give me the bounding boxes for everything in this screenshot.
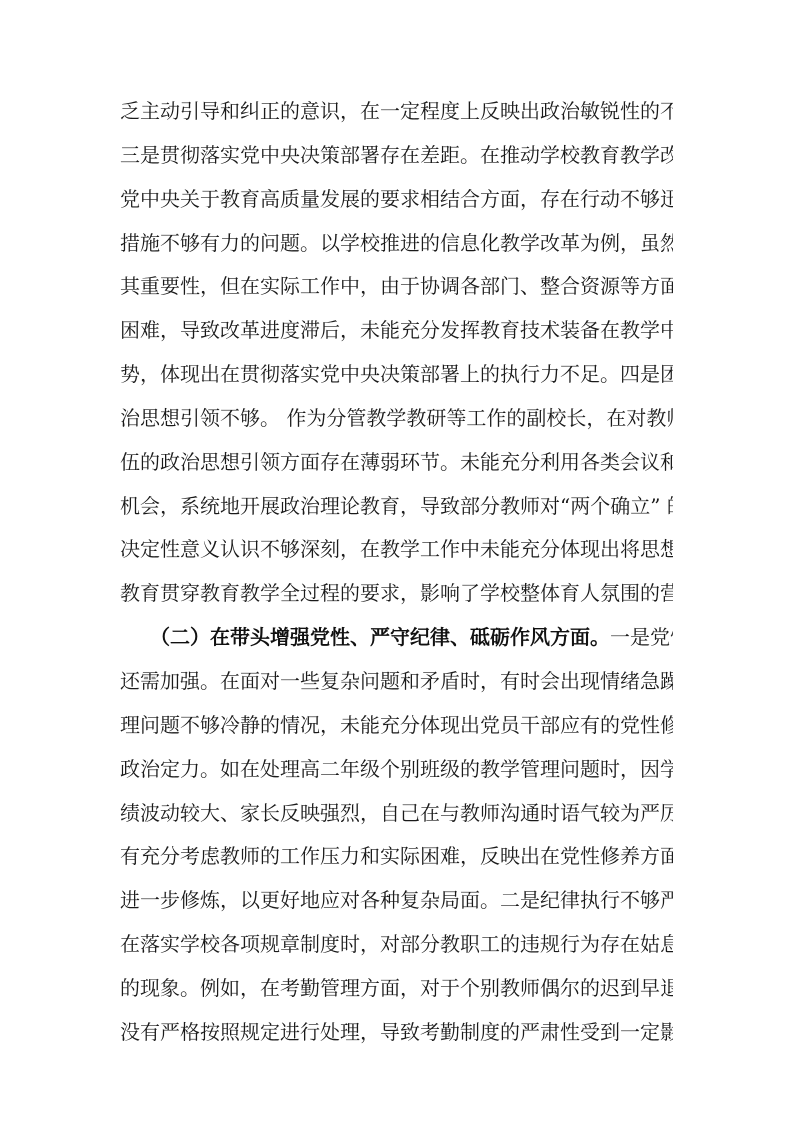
text-line: 机会，系统地开展政治理论教育，导致部分教师对“两个确立” 的	[120, 492, 673, 536]
section-heading-line: （二）在带头增强党性、严守纪律、砥砺作风方面。一是党性修养	[120, 623, 673, 667]
text-line: 势，体现出在贯彻落实党中央决策部署上的执行力不足。四是团队政	[120, 360, 673, 404]
document-body: 乏主动引导和纠正的意识，在一定程度上反映出政治敏锐性的不足。 三是贯彻落实党中央…	[120, 97, 673, 1062]
text-line: 教育贯穿教育教学全过程的要求，影响了学校整体育人氛围的营造。	[120, 579, 673, 623]
text-line: 理问题不够冷静的情况，未能充分体现出党员干部应有的党性修养和	[120, 711, 673, 755]
text-line: 有充分考虑教师的工作压力和实际困难，反映出在党性修养方面还需	[120, 842, 673, 886]
text-line: 没有严格按照规定进行处理，导致考勤制度的严肃性受到一定影响，	[120, 1018, 673, 1062]
text-line: 三是贯彻落实党中央决策部署存在差距。在推动学校教育教学改革与	[120, 141, 673, 185]
text-line: 乏主动引导和纠正的意识，在一定程度上反映出政治敏锐性的不足。	[120, 97, 673, 141]
section-heading: （二）在带头增强党性、严守纪律、砥砺作风方面。	[150, 625, 610, 649]
text-line: 进一步修炼，以更好地应对各种复杂局面。二是纪律执行不够严格。	[120, 886, 673, 930]
text-span: 一是党性修养	[610, 625, 673, 649]
text-line: 绩波动较大、家长反映强烈，自己在与教师沟通时语气较为严厉，没	[120, 799, 673, 843]
text-line: 伍的政治思想引领方面存在薄弱环节。未能充分利用各类会议和培训	[120, 448, 673, 492]
text-line: 决定性意义认识不够深刻，在教学工作中未能充分体现出将思想政治	[120, 535, 673, 579]
text-line: 在落实学校各项规章制度时，对部分教职工的违规行为存在姑息迁就	[120, 930, 673, 974]
text-line: 措施不够有力的问题。以学校推进的信息化教学改革为例，虽然深知	[120, 229, 673, 273]
text-line: 还需加强。在面对一些复杂问题和矛盾时，有时会出现情绪急躁、处	[120, 667, 673, 711]
text-line: 的现象。例如，在考勤管理方面，对于个别教师偶尔的迟到早退问题，	[120, 974, 673, 1018]
text-line: 其重要性，但在实际工作中，由于协调各部门、整合资源等方面存在	[120, 272, 673, 316]
text-line: 困难，导致改革进度滞后，未能充分发挥教育技术装备在教学中的优	[120, 316, 673, 360]
document-page: 乏主动引导和纠正的意识，在一定程度上反映出政治敏锐性的不足。 三是贯彻落实党中央…	[0, 0, 793, 1122]
text-line: 政治定力。如在处理高二年级个别班级的教学管理问题时，因学生成	[120, 755, 673, 799]
text-line: 党中央关于教育高质量发展的要求相结合方面，存在行动不够迅速、	[120, 185, 673, 229]
text-line: 治思想引领不够。 作为分管教学教研等工作的副校长，在对教师队	[120, 404, 673, 448]
